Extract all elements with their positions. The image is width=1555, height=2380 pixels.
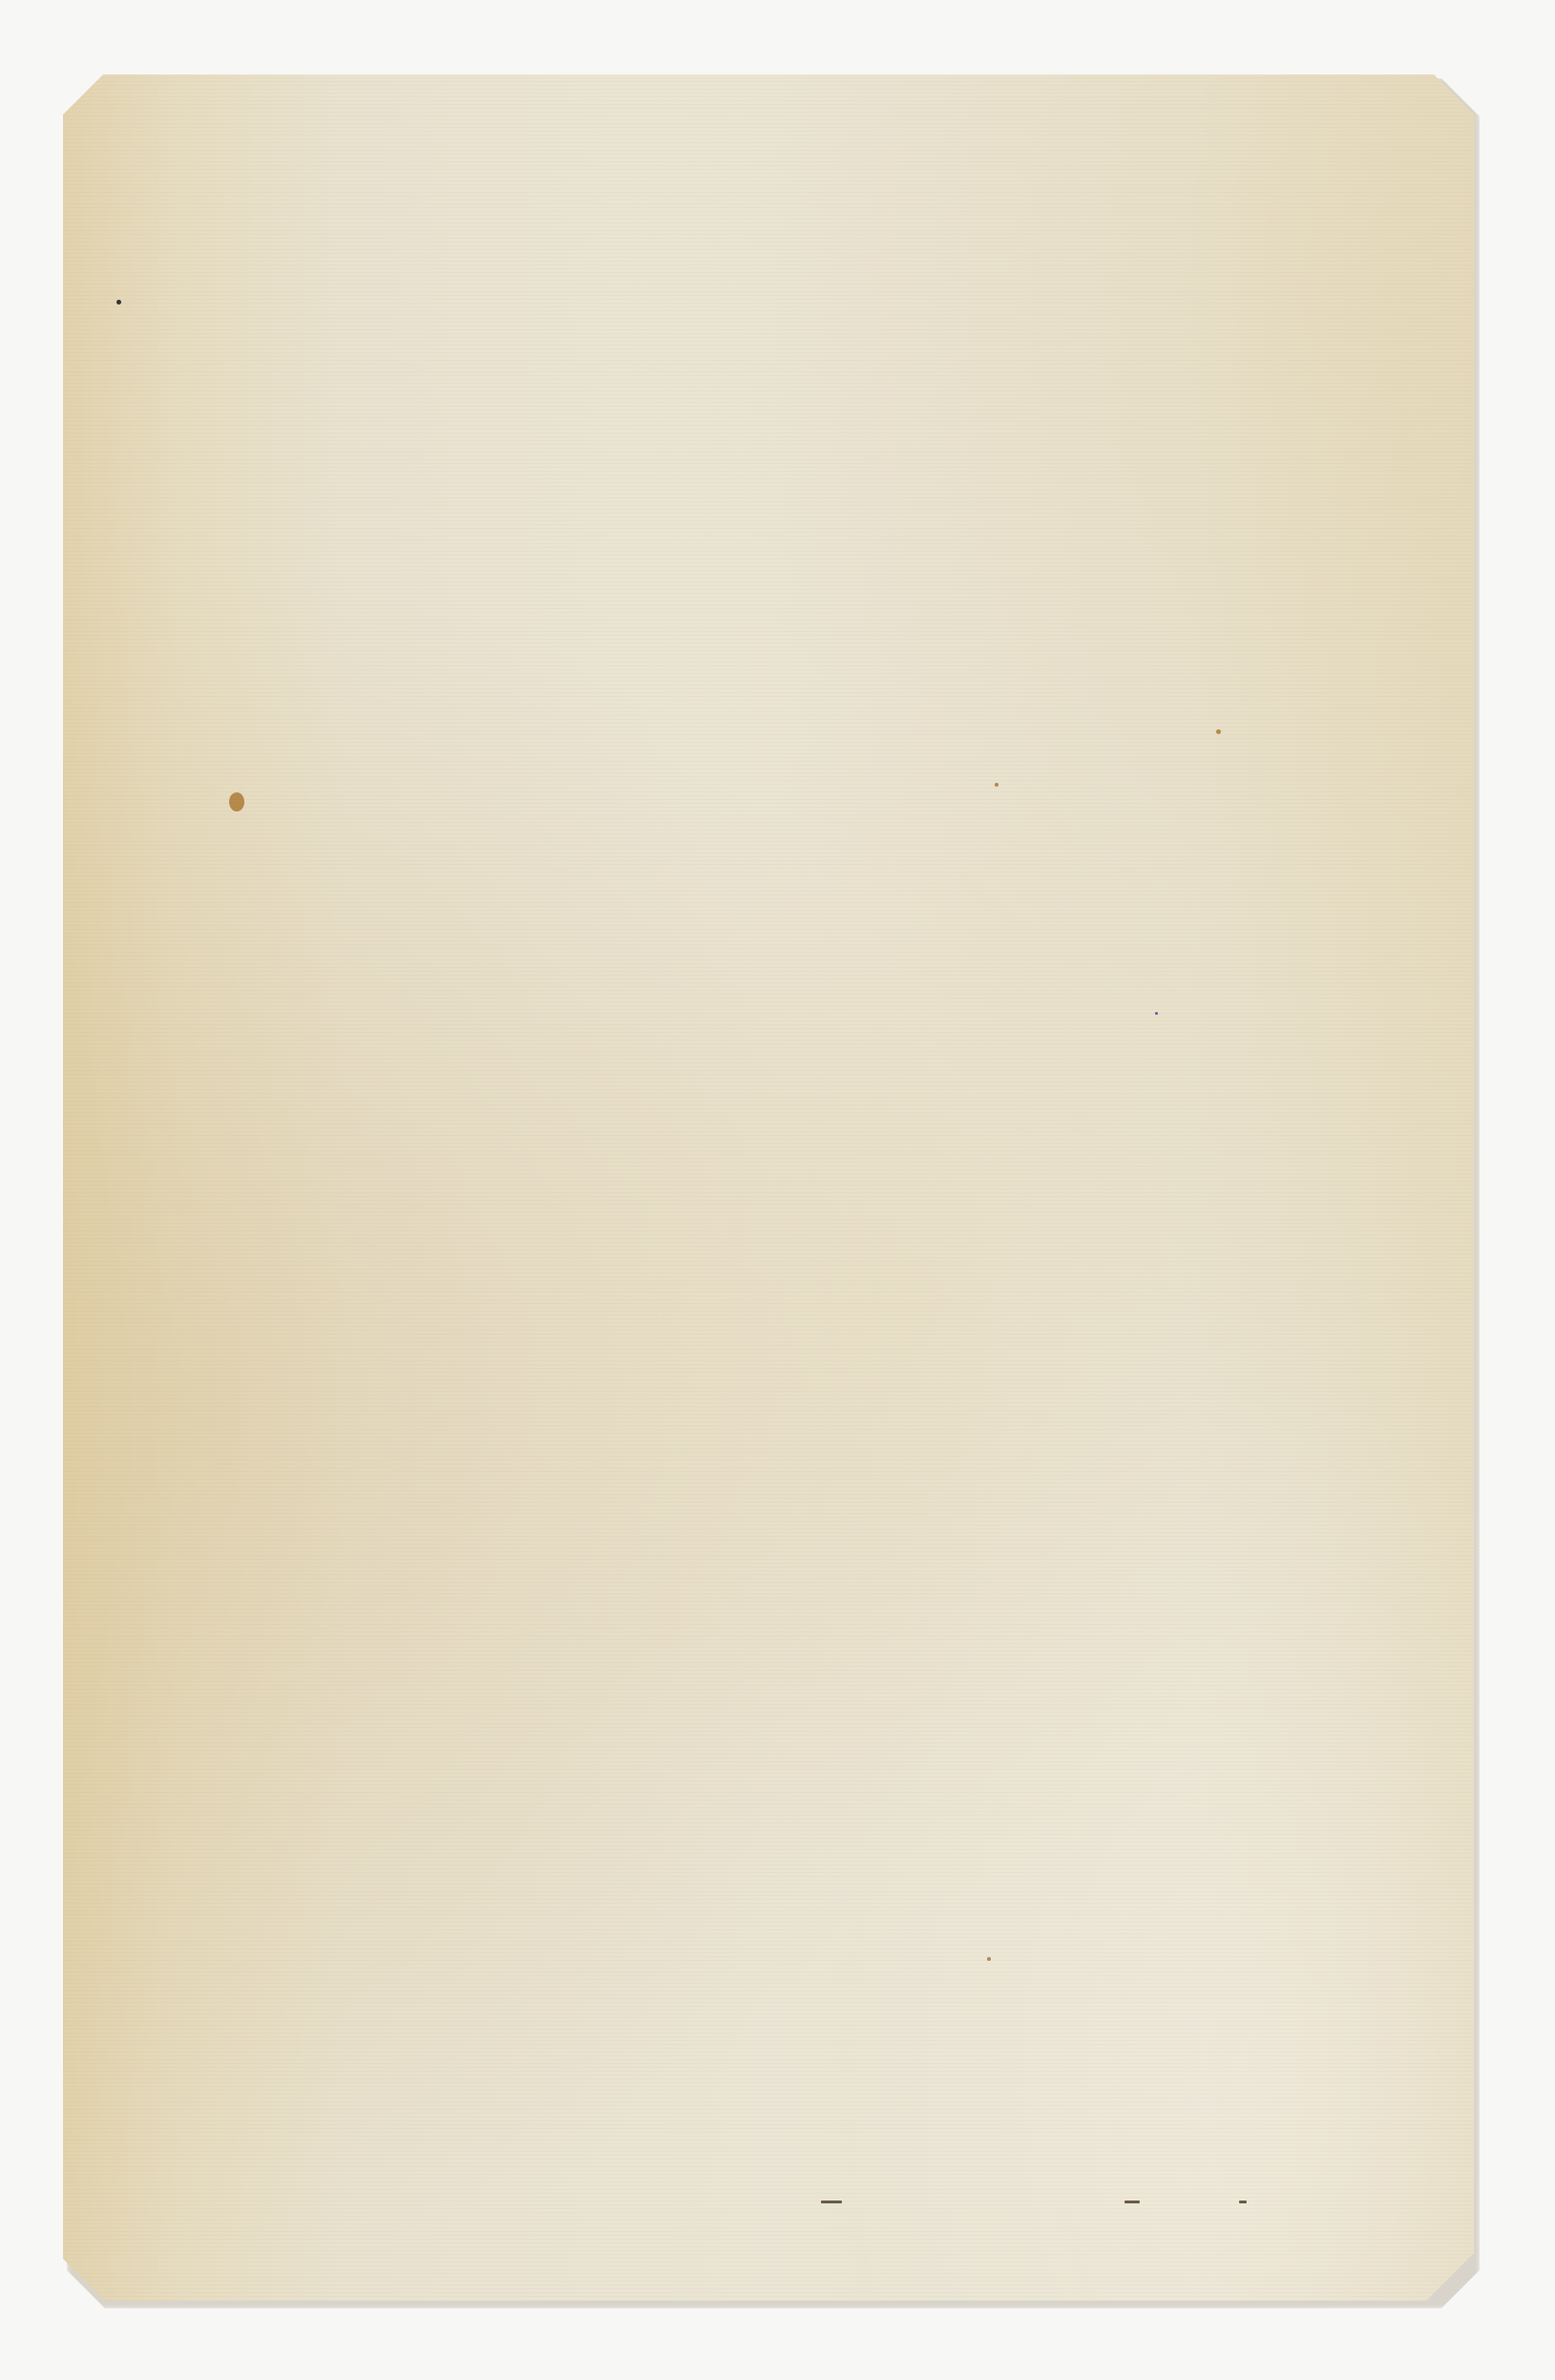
edge-mark [821, 2201, 842, 2203]
edge-mark [1124, 2201, 1140, 2203]
stain-spot [229, 792, 244, 811]
stain-speck [995, 783, 998, 787]
dark-speck [116, 300, 121, 305]
stain-speck [987, 1957, 991, 1961]
edge-mark [1239, 2201, 1247, 2203]
blank-card [63, 74, 1474, 2301]
stain-speck [1155, 1012, 1158, 1015]
stain-speck [1216, 729, 1221, 734]
